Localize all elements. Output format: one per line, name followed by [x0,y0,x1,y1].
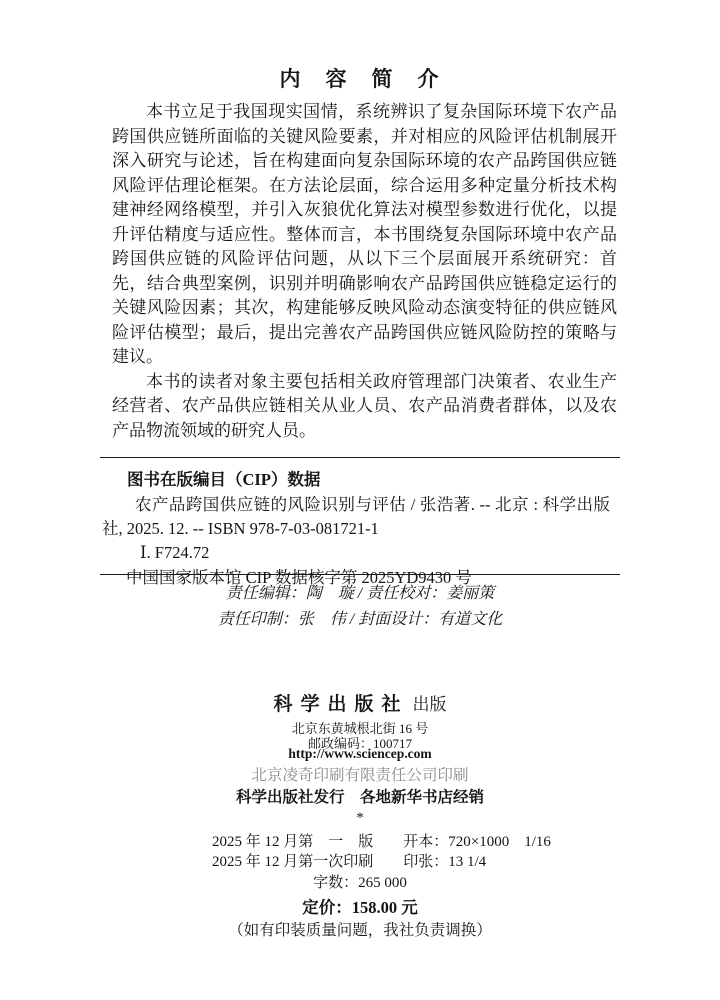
intro-body: 本书立足于我国现实国情，系统辨识了复杂国际环境下农产品跨国供应链所面临的关键风险… [112,100,617,443]
edition-info: 2025 年 12 月第 一 版 开本：720×1000 1/16 2025 年… [212,833,551,872]
distribution-line: 科学出版社发行 各地新华书店经销 [0,785,720,807]
cip-class-code: Ⅰ. F724.72 [140,543,620,563]
staff-print-design-line: 责任印制：张 伟 / 封面设计：有道文化 [0,607,720,633]
exchange-note: （如有印装质量问题，我社负责调换） [0,918,720,940]
price-line: 定价：158.00 元 [0,894,720,918]
printer-line: 北京凌奇印刷有限责任公司印刷 [0,763,720,785]
intro-paragraph-1: 本书立足于我国现实国情，系统辨识了复杂国际环境下农产品跨国供应链所面临的关键风险… [112,100,617,370]
intro-title: 内 容 简 介 [0,63,720,93]
staff-credits: 责任编辑：陶 璇 / 责任校对：姜丽策 责任印制：张 伟 / 封面设计：有道文化 [0,581,720,632]
publisher-website: http://www.sciencep.com [0,746,720,762]
copyright-page: 内 容 简 介 本书立足于我国现实国情，系统辨识了复杂国际环境下农产品跨国供应链… [0,0,720,1000]
publisher-logo-line: 科学出版社出版 [0,689,720,716]
edition-line-2: 2025 年 12 月第一次印刷 印张：13 1/4 [212,853,551,873]
edition-line-1: 2025 年 12 月第 一 版 开本：720×1000 1/16 [212,833,551,853]
star-divider: * [0,810,720,827]
word-count-line: 字数：265 000 [0,871,720,892]
publisher-logo-suffix: 出版 [413,695,447,714]
intro-paragraph-2: 本书的读者对象主要包括相关政府管理部门决策者、农业生产经营者、农产品供应链相关从… [112,370,617,444]
cip-entry: 农产品跨国供应链的风险识别与评估 / 张浩著. -- 北京 : 科学出版社, 2… [102,493,610,540]
cip-heading: 图书在版编目（CIP）数据 [127,466,620,490]
cip-data-box: 图书在版编目（CIP）数据 农产品跨国供应链的风险识别与评估 / 张浩著. --… [100,457,620,575]
publisher-logo-text: 科学出版社 [273,694,408,715]
staff-editors-line: 责任编辑：陶 璇 / 责任校对：姜丽策 [0,581,720,607]
